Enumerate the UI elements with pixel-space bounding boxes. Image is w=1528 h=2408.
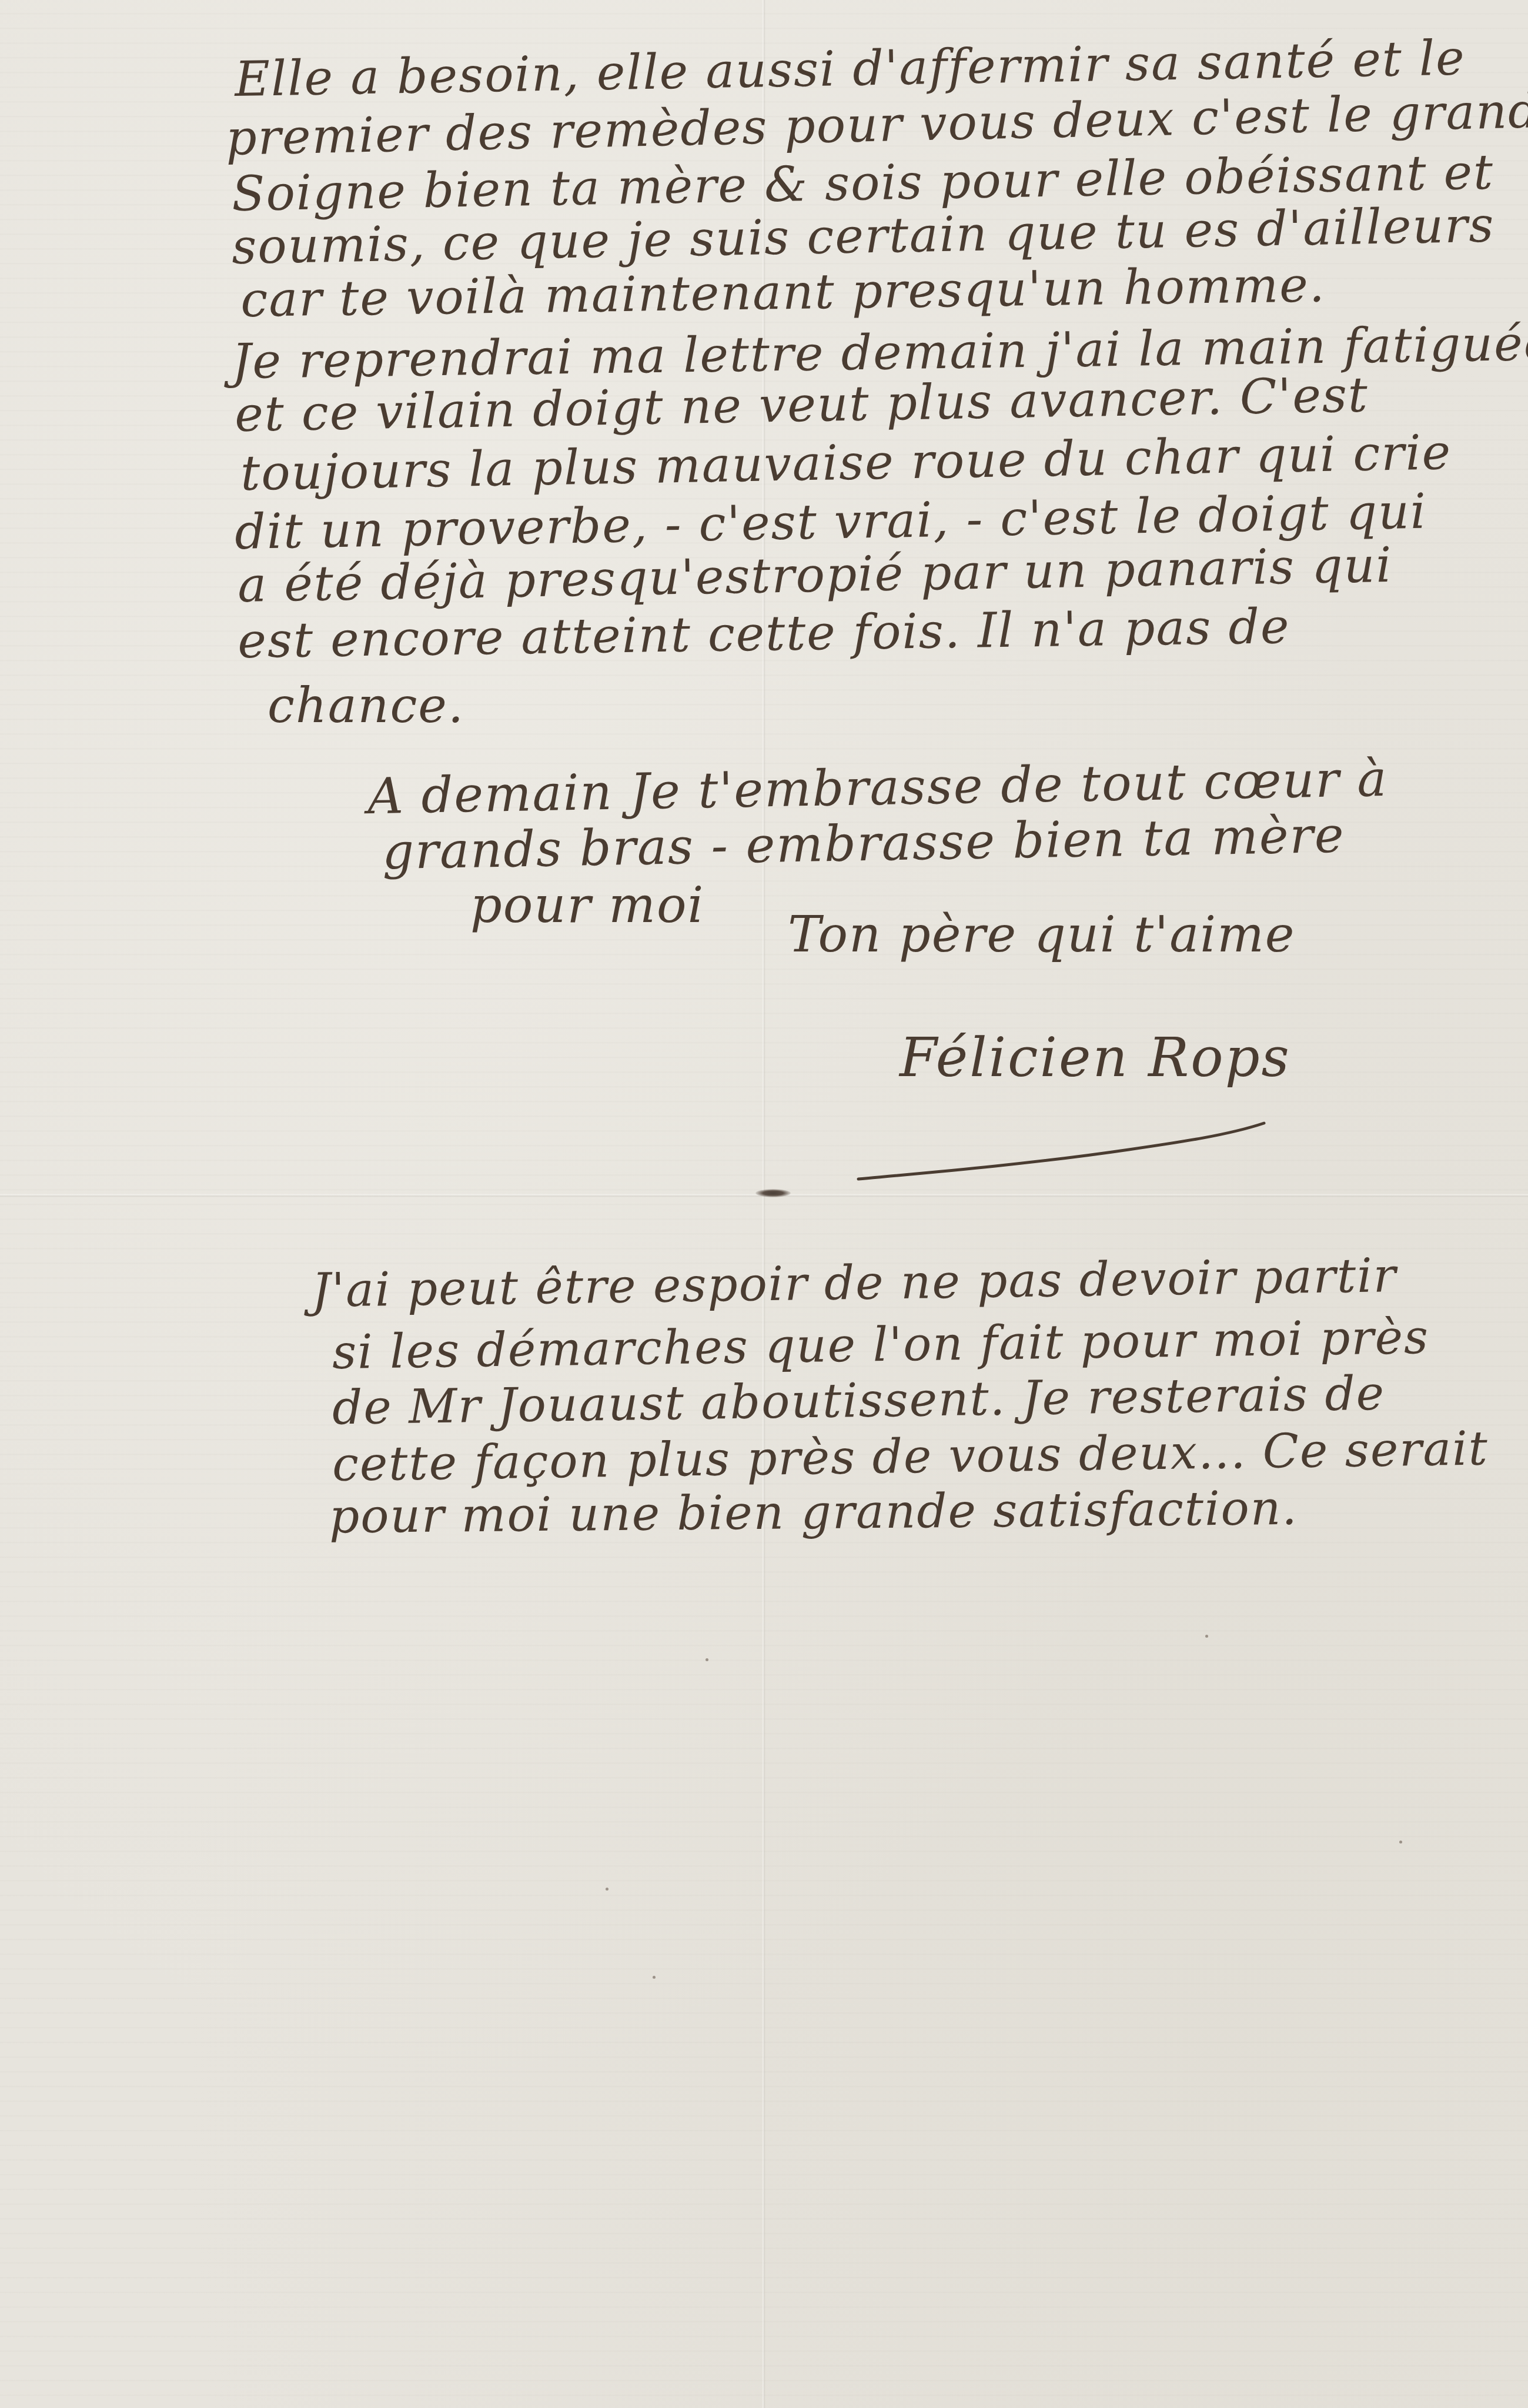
- paper-speck: [653, 1976, 656, 1979]
- letter-page: Elle a besoin, elle aussi d'affermir sa …: [0, 0, 1528, 2408]
- paper-speck: [1399, 1841, 1402, 1843]
- paper-speck: [706, 1658, 708, 1661]
- fold-tear-mark: [755, 1189, 791, 1197]
- valediction: Ton père qui t'aime: [788, 906, 1296, 963]
- paper-speck: [606, 1888, 608, 1891]
- body-line: chance.: [268, 682, 464, 730]
- body-line: car te voilà maintenant presqu'un homme.: [240, 261, 1326, 325]
- closing-line: pour moi: [470, 876, 704, 934]
- signature: Félicien Rops: [900, 1026, 1291, 1089]
- paper-speck: [1205, 1635, 1208, 1638]
- postscript-line: pour moi une bien grande satisfaction.: [329, 1481, 1298, 1544]
- body-line: est encore atteint cette fois. Il n'a pa…: [238, 603, 1290, 666]
- signature-flourish-icon: [852, 1117, 1276, 1188]
- postscript-line: J'ai peut être espoir de ne pas devoir p…: [311, 1248, 1397, 1318]
